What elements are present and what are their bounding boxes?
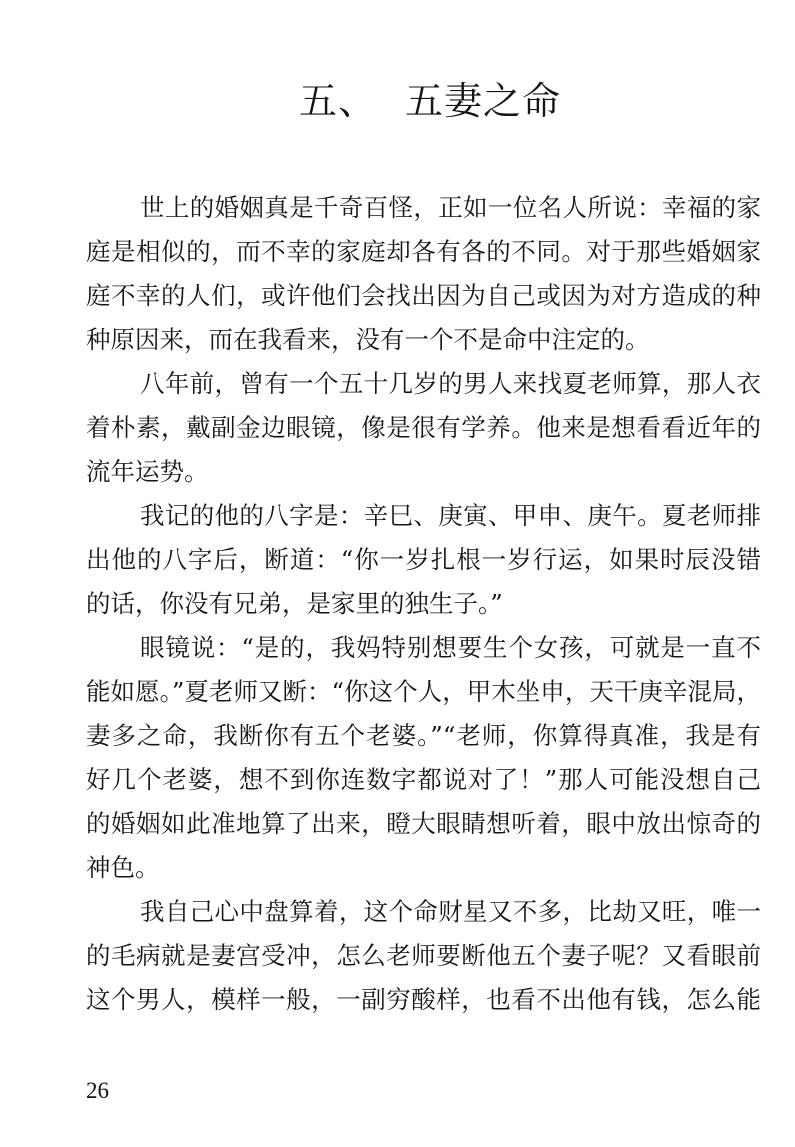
paragraph-1-line-2: 庭是相似的，而不幸的家庭却各有各的不同。对于那些婚姻家: [86, 230, 761, 274]
paragraph-3-line-2: 出他的八字后，断道：“你一岁扎根一岁行运，如果时辰没错: [86, 538, 761, 582]
paragraph-2-line-2: 着朴素，戴副金边眼镜，像是很有学养。他来是想看看近年的: [86, 406, 761, 450]
paragraph-5-line-1: 我自己心中盘算着，这个命财星又不多，比劫又旺，唯一: [86, 890, 761, 934]
chapter-title: 五妻之命: [405, 79, 561, 123]
paragraph-5-line-3: 这个男人，模样一般，一副穷酸样，也看不出他有钱，怎么能: [86, 978, 761, 1022]
chapter-heading: 五、五妻之命: [0, 76, 795, 126]
body-text: 世上的婚姻真是千奇百怪，正如一位名人所说：幸福的家 庭是相似的，而不幸的家庭却各…: [86, 186, 761, 1022]
chapter-number: 五、: [299, 79, 377, 123]
paragraph-1-line-3: 庭不幸的人们，或许他们会找出因为自己或因为对方造成的种: [86, 274, 761, 318]
paragraph-4-line-5: 的婚姻如此准地算了出来，瞪大眼睛想听着，眼中放出惊奇的: [86, 802, 761, 846]
paragraph-4-line-2: 能如愿。”夏老师又断：“你这个人，甲木坐申，天干庚辛混局，: [86, 670, 761, 714]
paragraph-4-line-3: 妻多之命，我断你有五个老婆。”“老师，你算得真准，我是有: [86, 714, 761, 758]
book-page: 五、五妻之命 世上的婚姻真是千奇百怪，正如一位名人所说：幸福的家 庭是相似的，而…: [0, 0, 795, 1147]
paragraph-2-line-3: 流年运势。: [86, 450, 761, 494]
paragraph-4-line-6: 神色。: [86, 846, 761, 890]
paragraph-4-line-4: 好几个老婆，想不到你连数字都说对了！”那人可能没想自己: [86, 758, 761, 802]
paragraph-3-line-1: 我记的他的八字是：辛巳、庚寅、甲申、庚午。夏老师排: [86, 494, 761, 538]
paragraph-1-line-4: 种原因来，而在我看来，没有一个不是命中注定的。: [86, 318, 761, 362]
paragraph-5-line-2: 的毛病就是妻宫受冲，怎么老师要断他五个妻子呢？又看眼前: [86, 934, 761, 978]
paragraph-2-line-1: 八年前，曾有一个五十几岁的男人来找夏老师算，那人衣: [86, 362, 761, 406]
page-number: 26: [86, 1078, 109, 1104]
paragraph-3-line-3: 的话，你没有兄弟，是家里的独生子。”: [86, 582, 761, 626]
paragraph-4-line-1: 眼镜说：“是的，我妈特别想要生个女孩，可就是一直不: [86, 626, 761, 670]
paragraph-1-line-1: 世上的婚姻真是千奇百怪，正如一位名人所说：幸福的家: [86, 186, 761, 230]
